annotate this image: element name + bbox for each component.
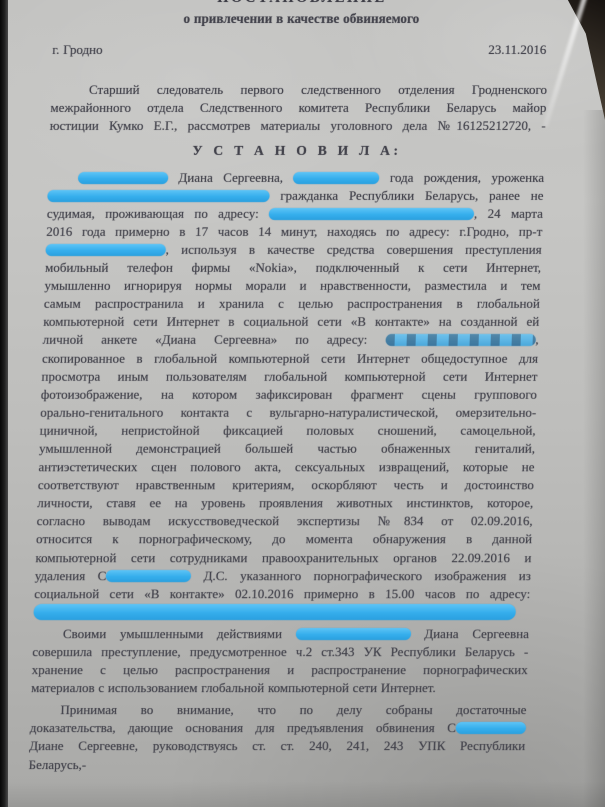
line-text: Диана Сергеевна,: [168, 170, 294, 185]
document-line: соответствуют нравственным критериям, ос…: [38, 476, 535, 494]
document-line: Диане Сергеевне, руководствуясь ст. ст. …: [29, 737, 526, 755]
line-text: Старший следователь первого следственног…: [89, 82, 547, 97]
line-text: Диана Сергеевна: [410, 626, 529, 641]
document-line: фотоизображение, на котором зафиксирован…: [41, 386, 538, 404]
line-text: доказательства, дающие основания для пре…: [30, 720, 456, 735]
document-line: умышленной демонстрацией большей частью …: [39, 440, 536, 458]
document-line: совершила преступление, предусмотренное …: [32, 643, 529, 661]
line-text: личности, ставя ее на уровень проявления…: [37, 495, 533, 510]
line-text: , 24 марта: [474, 206, 543, 221]
document-text-column: ПОСТАНОВЛЕНИЕ о привлечении в качестве о…: [28, 0, 550, 774]
document-line: относится к порнографическому, до момент…: [36, 530, 533, 548]
line-text: компьютерной сети сотрудниками правоохра…: [35, 550, 531, 565]
line-text: орально-генитального контакта с вульгарн…: [40, 405, 536, 420]
line-text: социальной сети «В контакте» 02.10.2016 …: [34, 586, 530, 601]
document-line: личной анкете «Диана Сергеевна» по адрес…: [42, 331, 539, 349]
line-text: , используя в качестве средства совершен…: [165, 242, 541, 257]
document-line: доказательства, дающие основания для пре…: [30, 719, 527, 737]
line-text: относится к порнографическому, до момент…: [36, 531, 532, 546]
document-line: антиэстетических сцен полового акта, сек…: [38, 458, 535, 476]
paper-fold-corner: [541, 0, 605, 120]
redaction-mark: [456, 722, 526, 734]
line-text: согласно выводам искусствоведческой эксп…: [36, 513, 532, 528]
document-line: скопированное в глобальной компьютерной …: [42, 350, 539, 368]
document-line: Диана Сергеевна, года рождения, уроженка: [48, 169, 545, 187]
document-line: хранение с целью распространения и распр…: [31, 661, 528, 679]
line-text: 2016 года примерно в 17 часов 14 минут, …: [46, 224, 542, 239]
document-line: Своими умышленными действиями Диана Серг…: [33, 625, 530, 643]
document-photo: ПОСТАНОВЛЕНИЕ о привлечении в качестве о…: [0, 0, 605, 807]
line-text: судимая, проживающая по адресу:: [47, 206, 270, 221]
document-line: компьютерной сети Интернет в социальной …: [43, 313, 540, 331]
line-text: удаления С: [35, 568, 107, 583]
line-text: Принимая во внимание, что по делу собран…: [60, 702, 526, 717]
line-text: межрайонного отдела Следственного комите…: [50, 100, 546, 115]
document-line: личности, ставя ее на уровень проявления…: [37, 494, 534, 512]
paper-right-shadow: [583, 110, 605, 807]
photo-background-left-edge: [0, 0, 8, 807]
document-line: мобильный телефон фирмы «Nokia», подключ…: [45, 259, 542, 277]
document-title-clipped: ПОСТАНОВЛЕНИЕ: [54, 0, 550, 8]
line-text: Своими умышленными действиями: [63, 626, 296, 641]
document-line: Принимая во внимание, что по делу собран…: [30, 701, 527, 719]
line-text: умышленно игнорируя нормы морали и нравс…: [44, 278, 540, 293]
document-line: самым распространила и хранила с целью р…: [44, 295, 541, 313]
redaction-mark: [78, 172, 168, 184]
redaction-mark: [106, 570, 191, 582]
city-date-row: г. Гродно 23.11.2016: [52, 41, 549, 59]
line-text: просмотра иным пользователям глобальной …: [41, 369, 537, 384]
line-text: умышленной демонстрацией большей частью …: [39, 441, 535, 456]
redaction-mark: [295, 628, 410, 640]
redaction-mark: [293, 172, 379, 184]
document-line: просмотра иным пользователям глобальной …: [41, 368, 538, 386]
document-line: юстиции Кумко Е.Г., рассмотрев материалы…: [50, 117, 547, 135]
paper-bottom-shadow: [0, 781, 605, 807]
redaction-mark: [385, 334, 535, 346]
document-subtitle: о привлечении в качестве обвиняемого: [53, 10, 550, 28]
document-line: Старший следователь первого следственног…: [51, 81, 548, 99]
qualification-paragraph: Своими умышленными действиями Диана Серг…: [31, 625, 529, 697]
document-line: Беларусь,-: [28, 756, 525, 774]
document-line: компьютерной сети сотрудниками правоохра…: [35, 549, 532, 567]
document-city: г. Гродно: [52, 41, 103, 59]
line-text: Диане Сергеевне, руководствуясь ст. ст. …: [29, 738, 525, 753]
document-line: межрайонного отдела Следственного комите…: [50, 99, 547, 117]
document-line: умышленно игнорируя нормы морали и нравс…: [44, 277, 541, 295]
redaction-mark: [46, 244, 166, 256]
conclusion-paragraph: Принимая во внимание, что по делу собран…: [28, 701, 526, 773]
line-text: циничной, непристойной фиксацией половых…: [39, 423, 535, 438]
document-line: согласно выводам искусствоведческой эксп…: [36, 512, 533, 530]
line-text: фотоизображение, на котором зафиксирован…: [41, 387, 537, 402]
line-text: Беларусь,-: [28, 757, 86, 772]
document-line: социальной сети «В контакте» 02.10.2016 …: [34, 585, 531, 603]
line-text: личной анкете «Диана Сергеевна» по адрес…: [42, 332, 385, 347]
redaction-mark: [47, 190, 269, 202]
line-text: антиэстетических сцен полового акта, сек…: [38, 459, 534, 474]
document-line: 2016 года примерно в 17 часов 14 минут, …: [46, 223, 543, 241]
line-text: совершила преступление, предусмотренное …: [32, 644, 528, 659]
line-text: соответствуют нравственным критериям, ос…: [38, 477, 534, 492]
line-text: года рождения, уроженка: [379, 170, 544, 185]
line-text: гражданка Республики Беларусь, ранее не: [269, 188, 543, 203]
document-line: материалов с использованием глобальной к…: [31, 679, 528, 697]
document-line: гражданка Республики Беларусь, ранее не: [47, 187, 544, 205]
line-text: мобильный телефон фирмы «Nokia», подключ…: [45, 260, 541, 275]
document-line: орально-генитального контакта с вульгарн…: [40, 404, 537, 422]
document-date: 23.11.2016: [488, 41, 547, 59]
redaction-mark: [269, 208, 474, 220]
document-line: циничной, непристойной фиксацией половых…: [39, 422, 536, 440]
line-text: ,: [535, 332, 539, 347]
line-text: скопированное в глобальной компьютерной …: [42, 351, 538, 366]
document-line: [33, 603, 530, 621]
redaction-mark: [33, 604, 516, 620]
facts-paragraph: Диана Сергеевна, года рождения, уроженка…: [33, 169, 544, 621]
line-text: компьютерной сети Интернет в социальной …: [43, 314, 539, 329]
ustanovila-heading: У С Т А Н О В И Л А:: [49, 142, 546, 160]
line-text: материалов с использованием глобальной к…: [31, 680, 436, 695]
intro-paragraph: Старший следователь первого следственног…: [50, 81, 548, 135]
line-text: юстиции Кумко Е.Г., рассмотрев материалы…: [50, 118, 546, 133]
line-text: самым распространила и хранила с целью р…: [44, 296, 540, 311]
line-text: Д.С. указанного порнографического изобра…: [191, 568, 531, 583]
document-title: ПОСТАНОВЛЕНИЕ: [54, 0, 550, 7]
document-line: судимая, проживающая по адресу: , 24 мар…: [47, 205, 544, 223]
document-line: , используя в качестве средства совершен…: [45, 241, 542, 259]
document-line: удаления С Д.С. указанного порнографичес…: [35, 567, 532, 585]
line-text: хранение с целью распространения и распр…: [32, 662, 528, 677]
